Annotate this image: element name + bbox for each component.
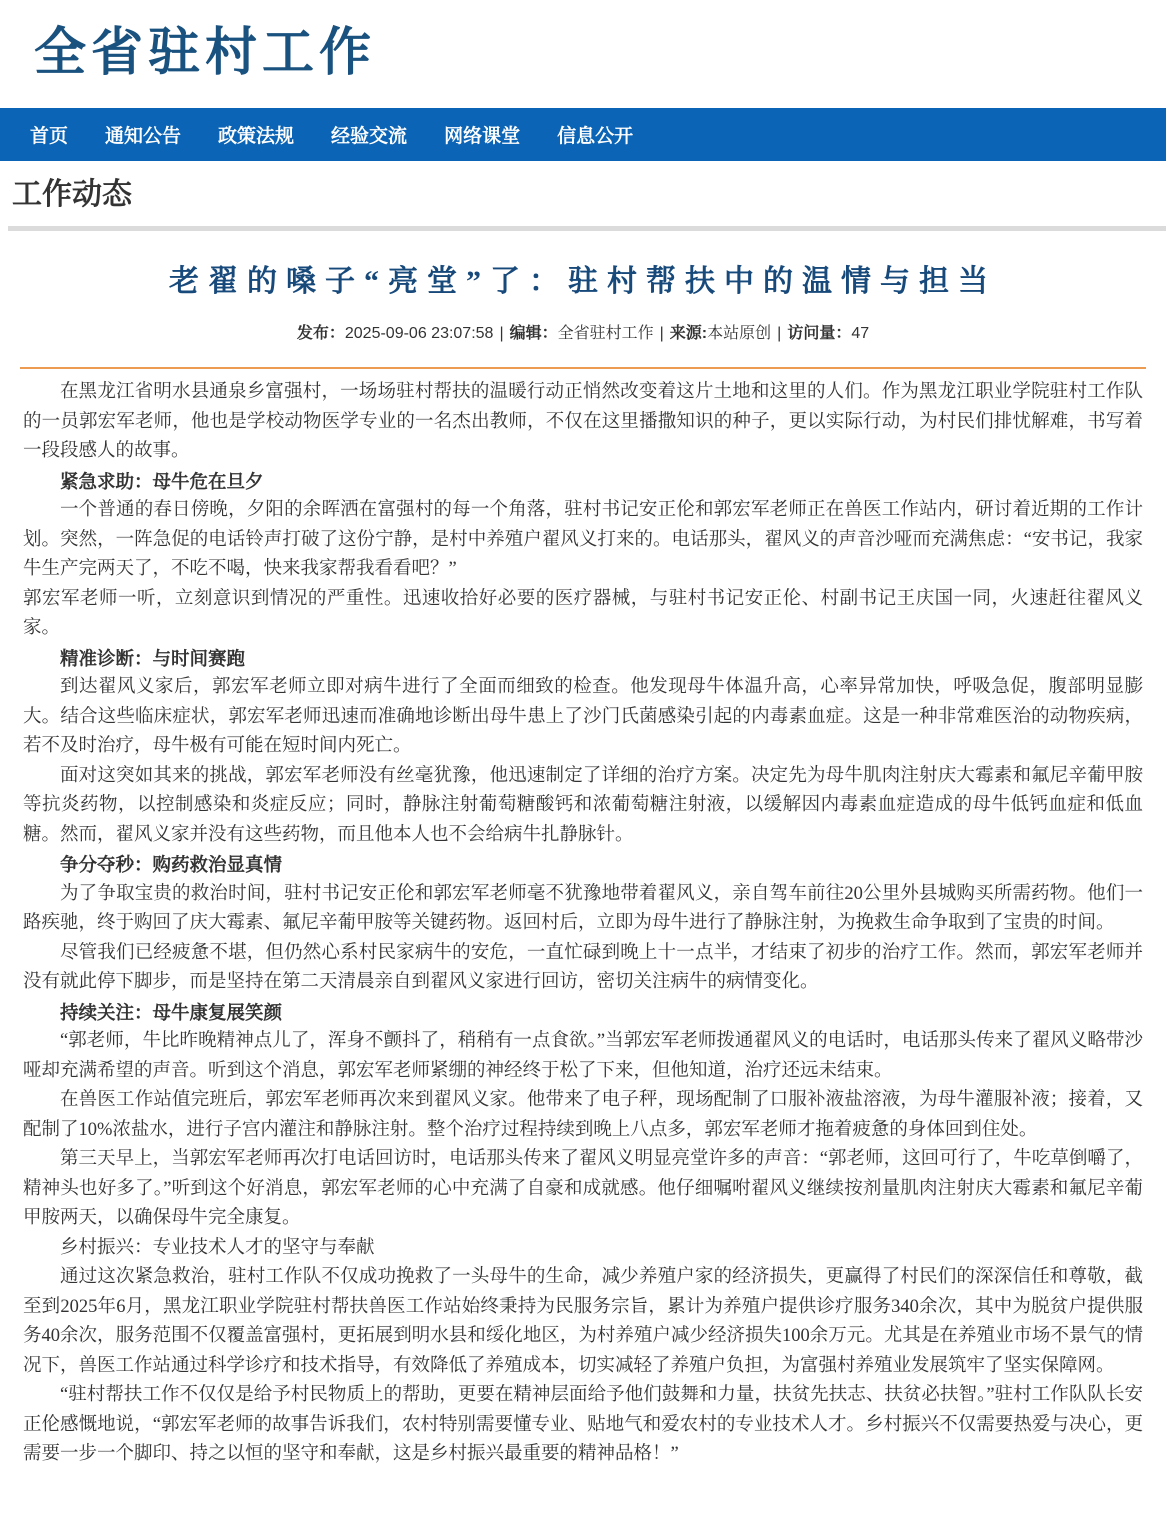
nav-item-info[interactable]: 信息公开 <box>557 121 633 148</box>
meta-separator: | <box>493 325 509 342</box>
article-subheading: 乡村振兴：专业技术人才的坚守与奉献 <box>23 1234 1143 1264</box>
meta-editor-label: 编辑： <box>510 325 558 342</box>
site-logo[interactable]: 全省驻村工作 <box>34 22 376 84</box>
article-paragraph: 为了争取宝贵的救治时间，驻村书记安正伦和郭宏军老师毫不犹豫地带着翟风义，亲自驾车… <box>23 880 1143 939</box>
article-subheading: 精准诊断：与时间赛跑 <box>23 644 1143 674</box>
article-paragraph: 尽管我们已经疲惫不堪，但仍然心系村民家病牛的安危，一直忙碌到晚上十一点半，才结束… <box>23 939 1143 998</box>
article-body: 在黑龙江省明水县通泉乡富强村，一场场驻村帮扶的温暖行动正悄然改变着这片土地和这里… <box>0 378 1166 1470</box>
site-header: 全省驻村工作 <box>0 0 1166 108</box>
article-paragraph: 在黑龙江省明水县通泉乡富强村，一场场驻村帮扶的温暖行动正悄然改变着这片土地和这里… <box>23 378 1143 467</box>
article-subheading: 持续关注：母牛康复展笑颜 <box>23 998 1143 1028</box>
nav-item-notices[interactable]: 通知公告 <box>105 121 181 148</box>
article-subheading: 紧急求助：母牛危在旦夕 <box>23 467 1143 497</box>
nav-item-home[interactable]: 首页 <box>30 121 68 148</box>
section-title: 工作动态 <box>12 178 132 211</box>
article-paragraph: 一个普通的春日傍晚，夕阳的余晖洒在富强村的每一个角落，驻村书记安正伦和郭宏军老师… <box>23 496 1143 585</box>
article-paragraph: 面对这突如其来的挑战，郭宏军老师没有丝毫犹豫，他迅速制定了详细的治疗方案。决定先… <box>23 762 1143 851</box>
article-meta: 发布：2025-09-06 23:07:58|编辑：全省驻村工作|来源:本站原创… <box>0 323 1166 345</box>
article-paragraph: 通过这次紧急救治，驻村工作队不仅成功挽救了一头母牛的生命，减少养殖户家的经济损失… <box>23 1263 1143 1381</box>
article-paragraph: “郭老师，牛比昨晚精神点儿了，浑身不颤抖了，稍稍有一点食欲。”当郭宏军老师拨通翟… <box>23 1027 1143 1086</box>
nav-item-experience[interactable]: 经验交流 <box>331 121 407 148</box>
section-head: 工作动态 <box>12 177 1166 213</box>
nav-item-courses[interactable]: 网络课堂 <box>444 121 520 148</box>
meta-separator: | <box>654 325 670 342</box>
main-nav: 首页 通知公告 政策法规 经验交流 网络课堂 信息公开 <box>0 108 1166 161</box>
article-paragraph: 郭宏军老师一听，立刻意识到情况的严重性。迅速收拾好必要的医疗器械，与驻村书记安正… <box>23 585 1143 644</box>
article-paragraph: 在兽医工作站值完班后，郭宏军老师再次来到翟风义家。他带来了电子秤，现场配制了口服… <box>23 1086 1143 1145</box>
meta-separator: | <box>771 325 787 342</box>
meta-views-value: 47 <box>851 325 869 342</box>
article-title: 老翟的嗓子“亮堂”了：驻村帮扶中的温情与担当 <box>0 261 1166 303</box>
article-divider <box>20 367 1146 369</box>
article-paragraph: 到达翟风义家后，郭宏军老师立即对病牛进行了全面而细致的检查。他发现母牛体温升高，… <box>23 673 1143 762</box>
meta-publish-label: 发布： <box>297 325 345 342</box>
meta-publish-value: 2025-09-06 23:07:58 <box>345 325 494 342</box>
section-title-underline <box>8 226 1166 231</box>
article-paragraph: 第三天早上，当郭宏军老师再次打电话回访时，电话那头传来了翟风义明显亮堂许多的声音… <box>23 1145 1143 1234</box>
meta-editor-value: 全省驻村工作 <box>558 325 654 342</box>
article-paragraph: “驻村帮扶工作不仅仅是给予村民物质上的帮助，更要在精神层面给予他们鼓舞和力量，扶… <box>23 1381 1143 1470</box>
meta-source-label: 来源: <box>670 325 707 342</box>
meta-source-value: 本站原创 <box>707 325 771 342</box>
article-subheading: 争分夺秒：购药救治显真情 <box>23 850 1143 880</box>
nav-item-policies[interactable]: 政策法规 <box>218 121 294 148</box>
meta-views-label: 访问量： <box>787 325 851 342</box>
